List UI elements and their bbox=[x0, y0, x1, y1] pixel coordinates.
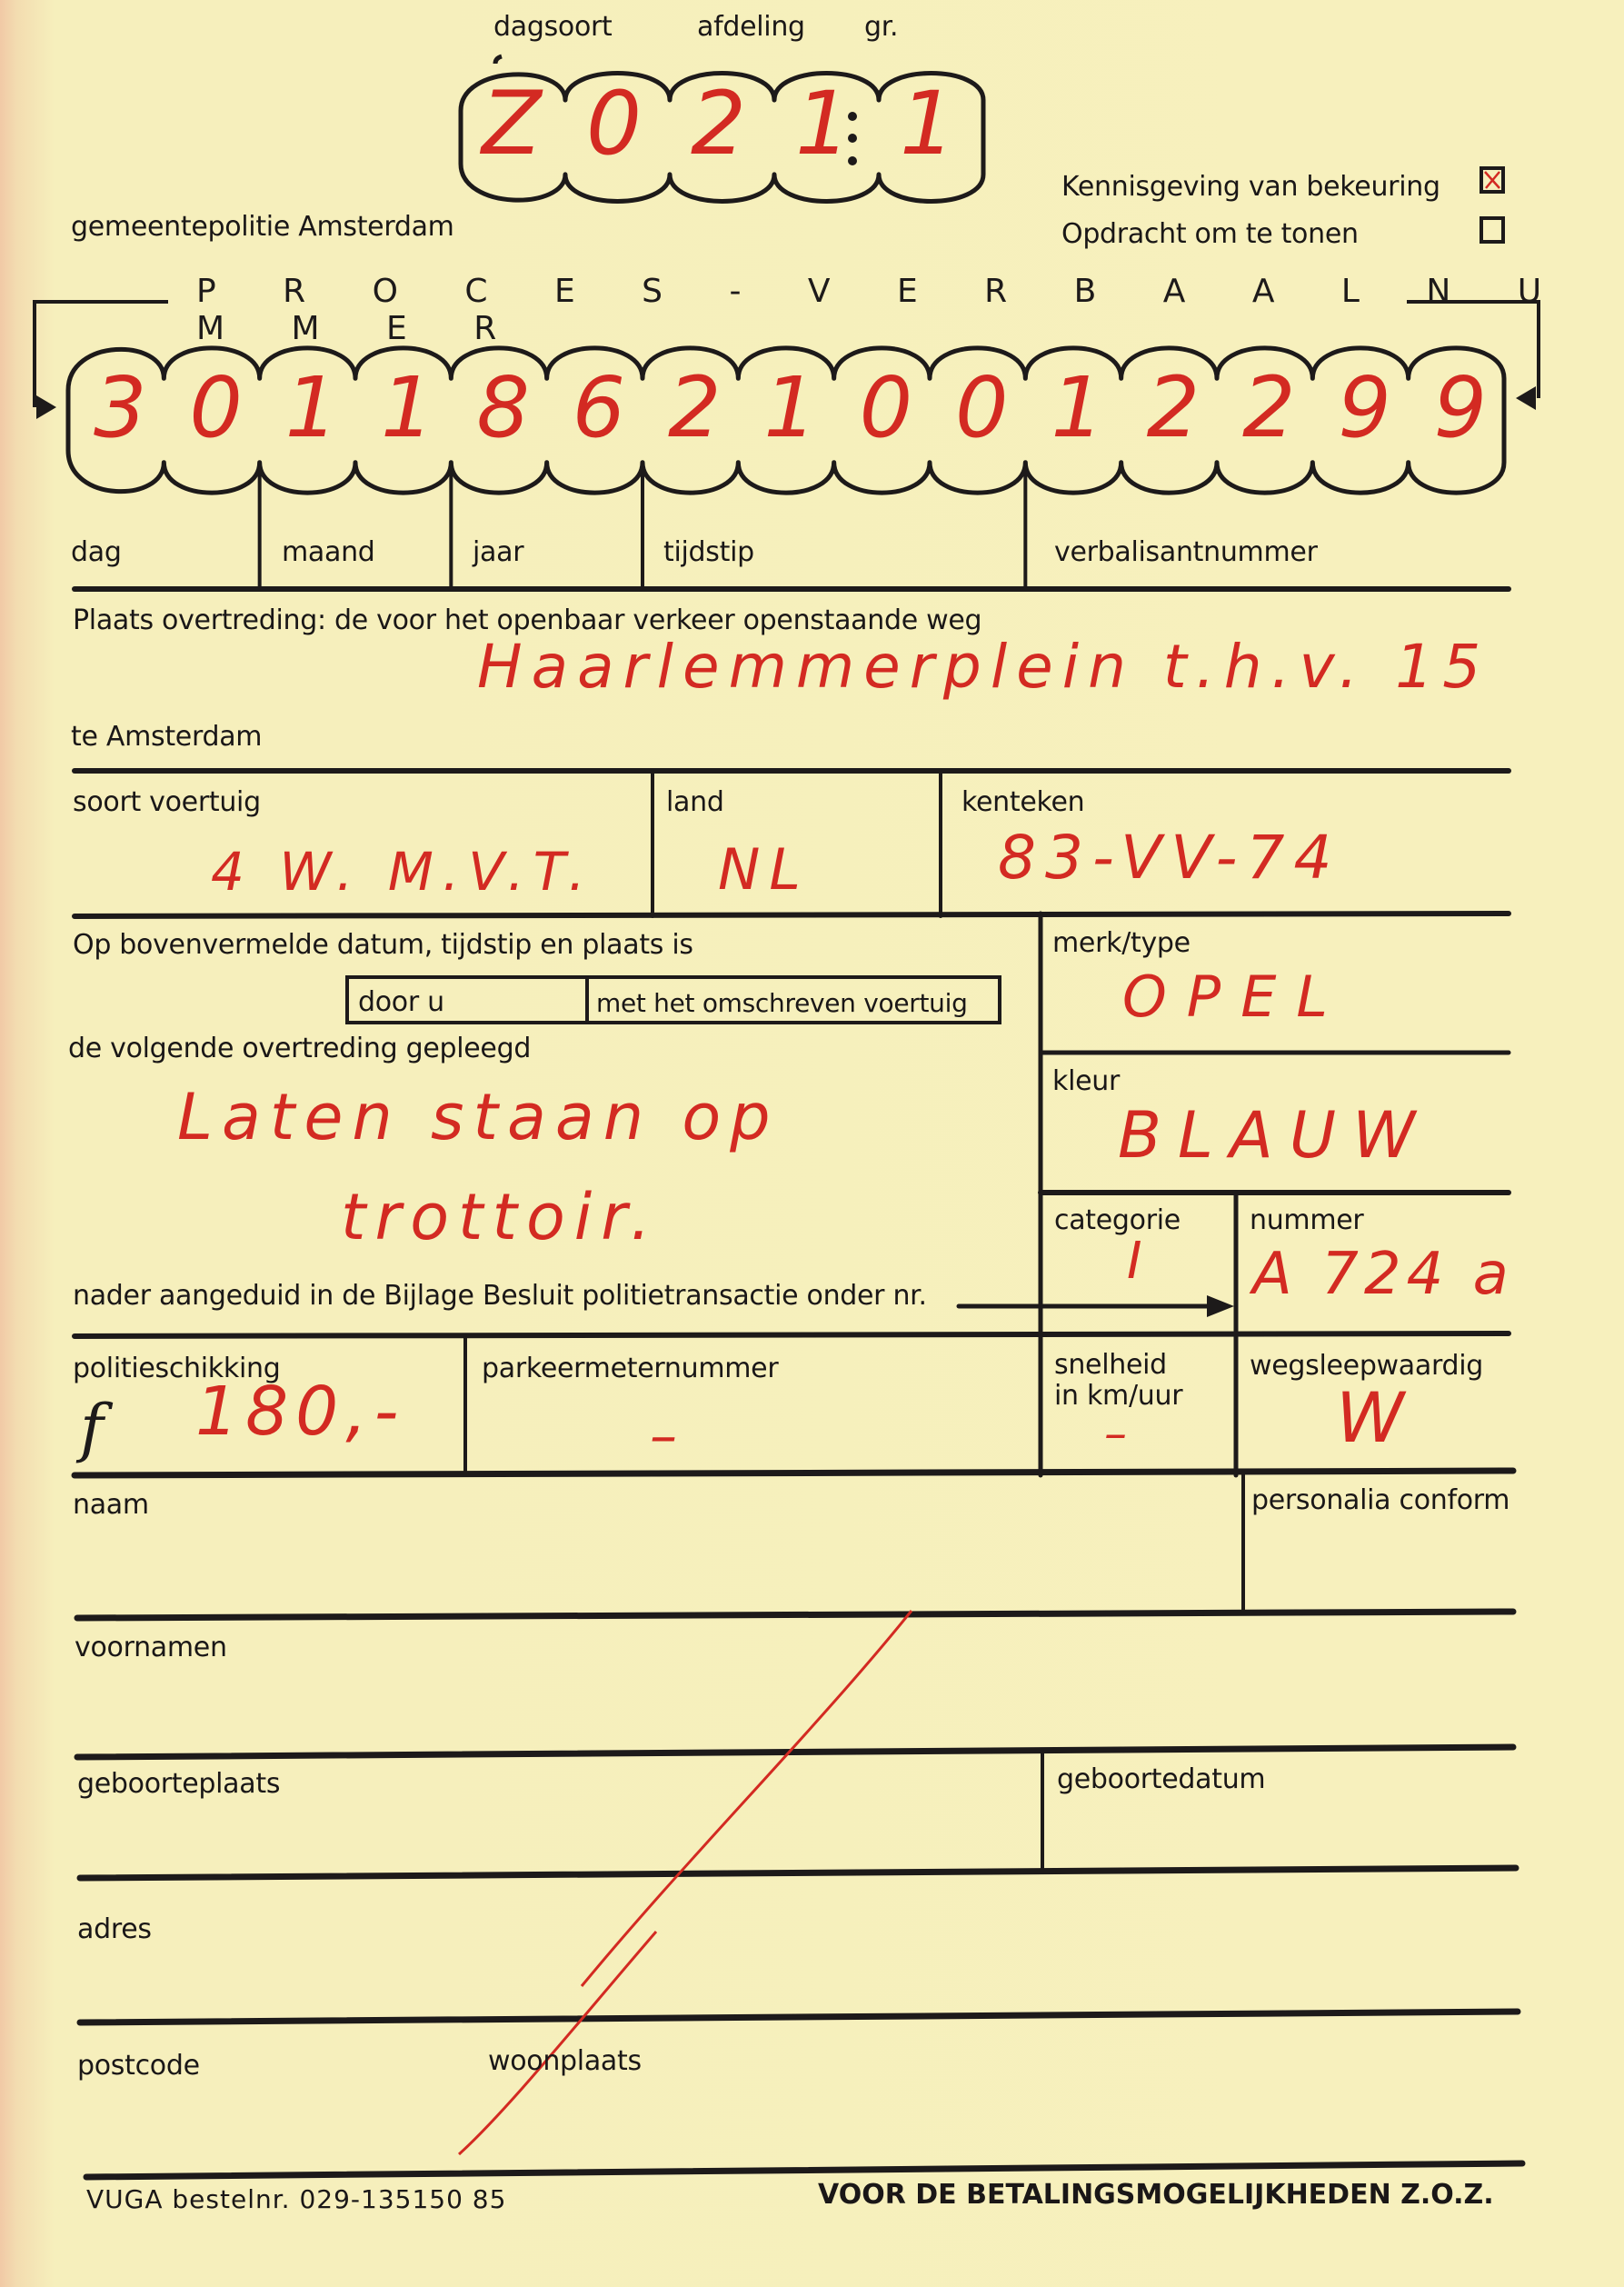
parkeermeter-value[interactable]: – bbox=[650, 1404, 686, 1468]
label-dag: dag bbox=[71, 536, 122, 568]
label-soort-voertuig: soort voertuig bbox=[73, 786, 261, 818]
label-nummer: nummer bbox=[1250, 1204, 1363, 1236]
label-maand: maand bbox=[282, 536, 375, 568]
nummer-value[interactable]: A 724 a bbox=[1252, 1241, 1514, 1308]
choice-box: door u met het omschreven voertuig bbox=[345, 975, 1001, 1024]
label-voornamen: voornamen bbox=[75, 1632, 227, 1663]
offense-line-1[interactable]: Laten staan op bbox=[177, 1080, 780, 1154]
pv-digit: 0 bbox=[189, 359, 243, 456]
pv-digit: 9 bbox=[1338, 359, 1391, 456]
label-parkeermeternummer: parkeermeternummer bbox=[482, 1353, 778, 1384]
pv-digit: 1 bbox=[763, 359, 817, 456]
pv-digit: 6 bbox=[573, 359, 626, 456]
footer-payment-note: VOOR DE BETALINGSMOGELIJKHEDEN Z.O.Z. bbox=[818, 2179, 1494, 2211]
wegsleepwaardig-value[interactable]: W bbox=[1336, 1377, 1413, 1458]
offense-line-2[interactable]: trottoir. bbox=[341, 1180, 660, 1254]
pv-digit: 1 bbox=[381, 359, 434, 456]
pv-digit: 0 bbox=[860, 359, 913, 456]
pv-digit: 8 bbox=[476, 359, 530, 456]
merk-type-value[interactable]: OPEL bbox=[1122, 964, 1348, 1030]
label-postcode: postcode bbox=[77, 2050, 200, 2082]
offense-intro: Op bovenvermelde datum, tijdstip en plaa… bbox=[73, 929, 693, 961]
label-geboortedatum: geboortedatum bbox=[1057, 1763, 1265, 1795]
option-kennisgeving-checkbox[interactable] bbox=[1480, 166, 1505, 194]
code-digit: 2 bbox=[691, 73, 746, 175]
location-value[interactable]: Haarlemmerplein t.h.v. 15 bbox=[477, 632, 1489, 702]
footer-order-number: VUGA bestelnr. 029-135150 85 bbox=[86, 2184, 506, 2214]
label-kleur: kleur bbox=[1052, 1065, 1120, 1097]
kenteken-value[interactable]: 83-VV-74 bbox=[998, 823, 1340, 893]
categorie-value[interactable]: I bbox=[1127, 1232, 1151, 1291]
label-adres: adres bbox=[77, 1913, 152, 1945]
snelheid-value[interactable]: – bbox=[1104, 1407, 1136, 1460]
label-te-amsterdam: te Amsterdam bbox=[71, 721, 262, 753]
label-tijdstip: tijdstip bbox=[663, 536, 754, 568]
kleur-value[interactable]: BLAUW bbox=[1118, 1098, 1431, 1173]
label-verbalisantnummer: verbalisantnummer bbox=[1054, 536, 1318, 568]
issuer-name: gemeentepolitie Amsterdam bbox=[71, 211, 454, 243]
label-merk-type: merk/type bbox=[1052, 927, 1191, 959]
ticket-paper: dagsoort afdeling gr. Z0211 gemeentepoli… bbox=[0, 0, 1624, 2287]
land-value[interactable]: NL bbox=[718, 836, 810, 903]
code-digit: 1 bbox=[795, 73, 851, 175]
label-jaar: jaar bbox=[473, 536, 523, 568]
code-digit: Z bbox=[482, 73, 542, 175]
pv-digit: 2 bbox=[1147, 359, 1201, 456]
label-categorie: categorie bbox=[1054, 1204, 1181, 1236]
option-kennisgeving-label: Kennisgeving van bekeuring bbox=[1061, 171, 1440, 203]
label-personalia-conform: personalia conform bbox=[1251, 1484, 1509, 1516]
pv-digit: 2 bbox=[668, 359, 722, 456]
label-woonplaats: woonplaats bbox=[488, 2045, 642, 2077]
pv-digit: 9 bbox=[1434, 359, 1488, 456]
pv-digit: 1 bbox=[285, 359, 339, 456]
option-opdracht-label: Opdracht om te tonen bbox=[1061, 218, 1359, 250]
pv-digit: 3 bbox=[94, 359, 147, 456]
label-naam: naam bbox=[73, 1489, 149, 1521]
pv-digit: 0 bbox=[955, 359, 1009, 456]
choice-met-voertuig[interactable]: met het omschreven voertuig bbox=[596, 988, 968, 1018]
offense-reference: nader aangeduid in de Bijlage Besluit po… bbox=[73, 1280, 927, 1312]
soort-voertuig-value[interactable]: 4 W. M.V.T. bbox=[211, 841, 594, 903]
pv-digit: 1 bbox=[1051, 359, 1104, 456]
label-kenteken: kenteken bbox=[961, 786, 1084, 818]
label-geboorteplaats: geboorteplaats bbox=[77, 1768, 280, 1800]
offense-committed: de volgende overtreding gepleegd bbox=[68, 1033, 531, 1064]
pv-number-title: P R O C E S - V E R B A A L N U M M E R bbox=[196, 273, 1624, 347]
politieschikking-amount[interactable]: 180,- bbox=[195, 1373, 405, 1451]
code-digit: 1 bbox=[900, 73, 955, 175]
label-land: land bbox=[666, 786, 724, 818]
choice-door-u[interactable]: door u bbox=[358, 986, 444, 1018]
code-digit: 0 bbox=[586, 73, 642, 175]
option-opdracht-checkbox[interactable] bbox=[1480, 216, 1505, 244]
currency-symbol: f bbox=[80, 1391, 104, 1465]
pv-digit: 2 bbox=[1242, 359, 1296, 456]
label-snelheid: snelheidin km/uur bbox=[1054, 1350, 1182, 1412]
